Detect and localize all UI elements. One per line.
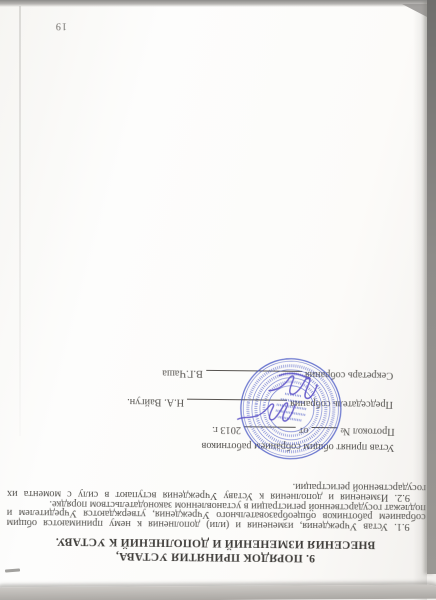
chairman-name: Н.А. Вайгун. [127,397,184,409]
paper-fold-shadow [19,6,21,436]
blank-line [244,427,296,439]
secretary-signature-line: Секретарь собранияВ.Г.Чаша [0,366,393,384]
adoption-block: Устав принят общим собранием работников … [0,422,395,453]
section-heading: 9. ПОРЯДОК ПРИНЯТИЯ УСТАВА, ВНЕСЕНИЯ ИЗМ… [5,534,425,566]
paragraph-9-2: 9.2. Изменения и дополнения к Уставу Учр… [7,478,426,502]
protocol-year: 2013 г. [212,424,241,435]
secretary-label: Секретарь собрания [305,369,393,381]
adoption-intro-line: Устав принят общим собранием работников [0,438,395,453]
scan-edge-bottom [0,585,436,600]
blank-line [187,399,287,411]
scan-edge-top [0,0,436,7]
chairman-signature-line: Председатель собранияН.А. Вайгун. [0,395,393,413]
chairman-label: Председатель собрания [290,398,393,410]
paragraph-9-1: 9.1. Устав Учреждения, изменения и (или)… [7,498,426,531]
blank-line [311,427,337,438]
scanned-document-page: 9. ПОРЯДОК ПРИНЯТИЯ УСТАВА, ВНЕСЕНИЯ ИЗМ… [0,0,436,600]
page-content-rotated-180: 9. ПОРЯДОК ПРИНЯТИЯ УСТАВА, ВНЕСЕНИЯ ИЗМ… [0,0,436,600]
secretary-name: В.Г.Чаша [162,368,203,379]
page-number: 19 [55,20,67,31]
scan-edge-right [427,0,436,574]
blank-line [206,370,302,382]
protocol-from-label: от [299,425,309,436]
protocol-label: Протокол № [340,426,394,438]
body-text: 9.1. Устав Учреждения, изменения и (или)… [7,478,426,531]
paper-right-shading [413,0,427,600]
protocol-line: Протокол №от2013 г. [0,422,395,440]
scan-mark-bottom-left [5,568,20,572]
